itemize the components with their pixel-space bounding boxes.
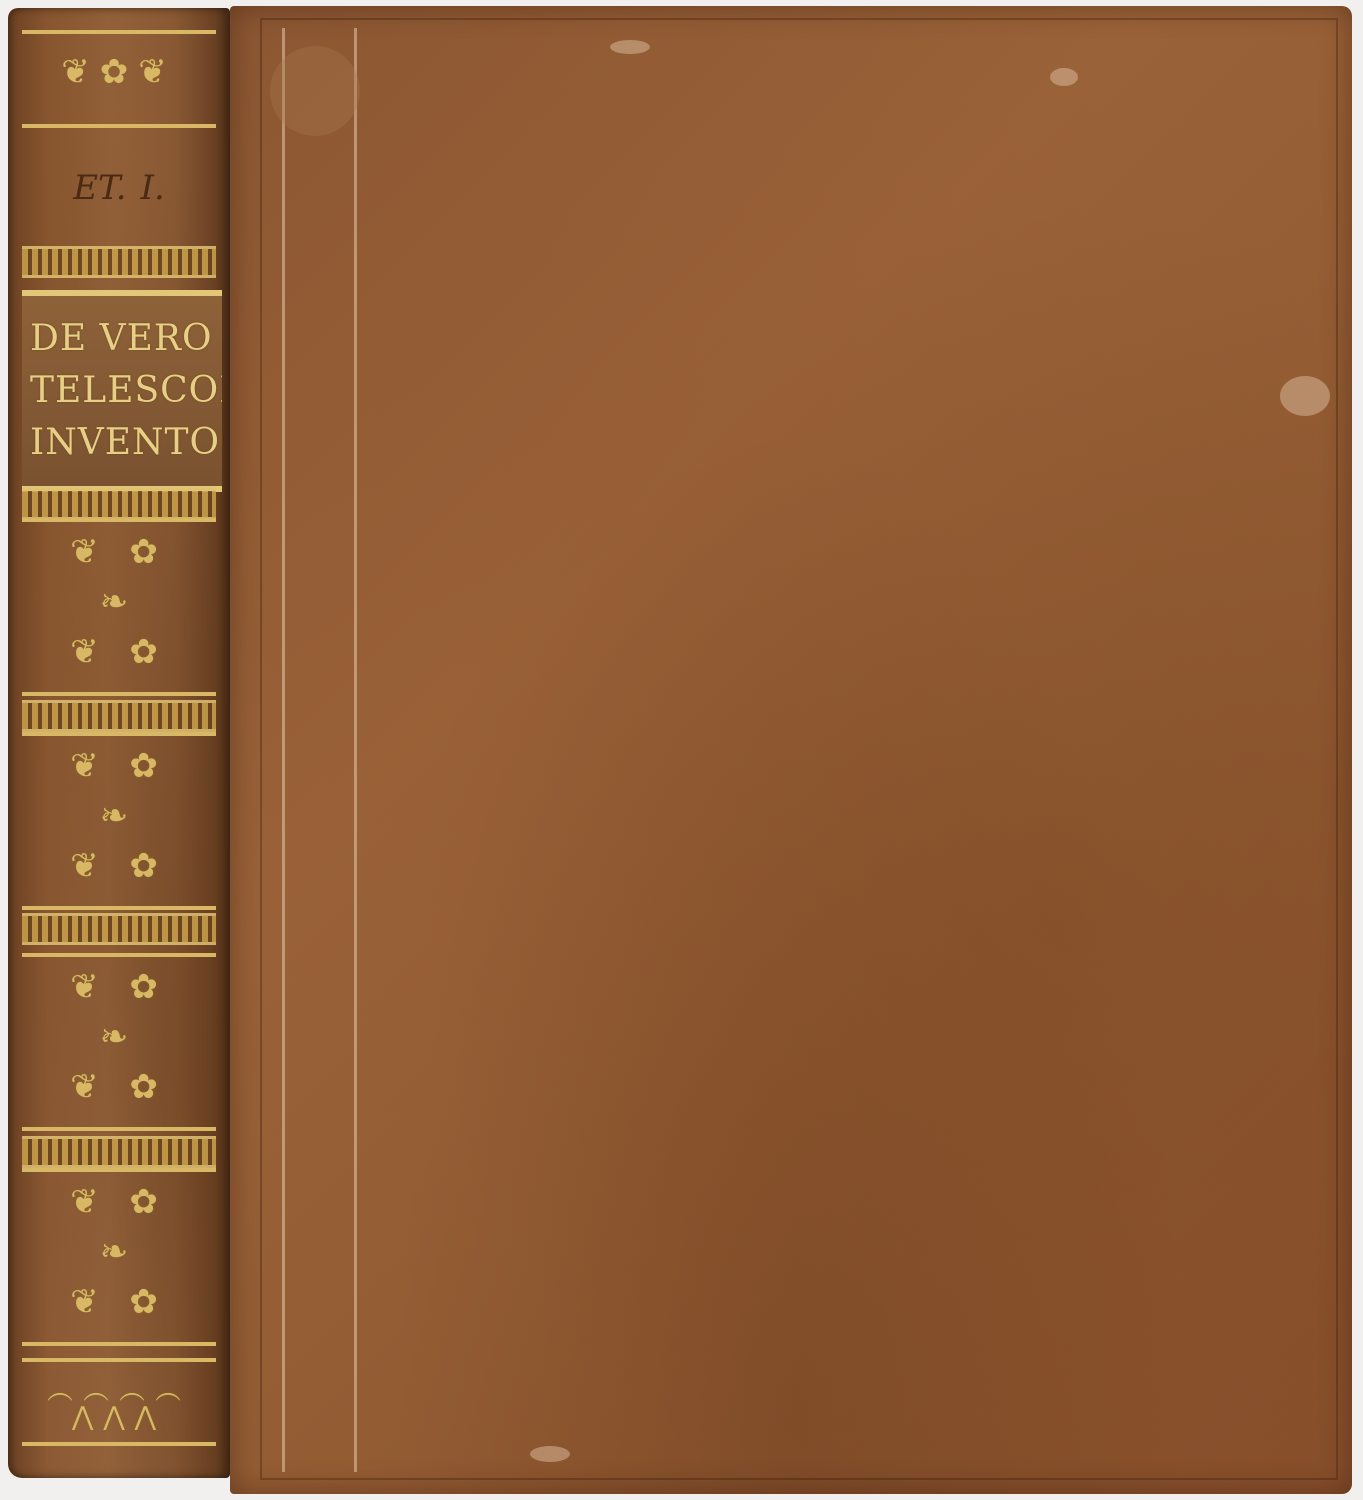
spine-title-line-1: DE VERO	[30, 313, 222, 365]
spine-panel: ❦ ✿ ❧ ❦ ✿	[22, 953, 216, 1131]
spine-panel: ❦ ✿ ❧ ❦ ✿	[22, 518, 216, 696]
spine-title-line-2: TELESCOPII	[30, 365, 222, 417]
volume-number: I.	[141, 168, 165, 208]
floral-ornament-icon: ❦ ✿	[22, 967, 216, 1007]
sprig-ornament-icon: ❧	[22, 1232, 216, 1272]
floral-ornament-icon: ❦ ✿	[22, 532, 216, 572]
hinge-fillet-line	[282, 28, 285, 1472]
sprig-ornament-icon: ❧	[22, 1017, 216, 1057]
gilt-band	[22, 913, 216, 945]
volume-label: ET. I.	[22, 138, 216, 238]
spine-panel-tail: ︵︵︵︵ ⋀⋀⋀	[22, 1358, 216, 1446]
chevron-ornament-icon: ⋀⋀⋀	[22, 1402, 216, 1432]
spine-panel-top: ❦✿❦	[22, 30, 216, 128]
worn-patch	[270, 46, 360, 136]
spine-title-label: DE VERO TELESCOPII INVENTORE	[22, 290, 222, 492]
hinge-fillet-line	[354, 28, 357, 1472]
scuff-mark	[610, 40, 650, 54]
floral-ornament-icon: ❦✿❦	[22, 52, 216, 92]
front-cover	[230, 6, 1352, 1494]
floral-ornament-icon: ❦ ✿	[22, 1182, 216, 1222]
spine-title-line-3: INVENTORE	[30, 417, 222, 469]
gilt-band	[22, 488, 216, 520]
spine-panel: ❦ ✿ ❧ ❦ ✿	[22, 732, 216, 910]
floral-ornament-icon: ❦ ✿	[22, 846, 216, 886]
floral-ornament-icon: ❦ ✿	[22, 746, 216, 786]
book: ❦✿❦ ET. I. DE VERO TELESCOPII INVENTORE …	[0, 0, 1363, 1500]
scuff-mark	[530, 1446, 570, 1462]
sprig-ornament-icon: ❧	[22, 582, 216, 622]
sprig-ornament-icon: ❧	[22, 796, 216, 836]
book-spine: ❦✿❦ ET. I. DE VERO TELESCOPII INVENTORE …	[8, 8, 230, 1478]
scuff-mark	[1280, 376, 1330, 416]
floral-ornament-icon: ❦ ✿	[22, 632, 216, 672]
gilt-band	[22, 1136, 216, 1168]
gilt-band	[22, 700, 216, 732]
floral-ornament-icon: ❦ ✿	[22, 1067, 216, 1107]
gilt-band	[22, 246, 216, 278]
spine-panel: ❦ ✿ ❧ ❦ ✿	[22, 1168, 216, 1346]
blind-rule-frame	[260, 18, 1338, 1480]
scuff-mark	[1050, 68, 1078, 86]
volume-label-part: ET.	[73, 168, 126, 208]
floral-ornament-icon: ❦ ✿	[22, 1282, 216, 1322]
